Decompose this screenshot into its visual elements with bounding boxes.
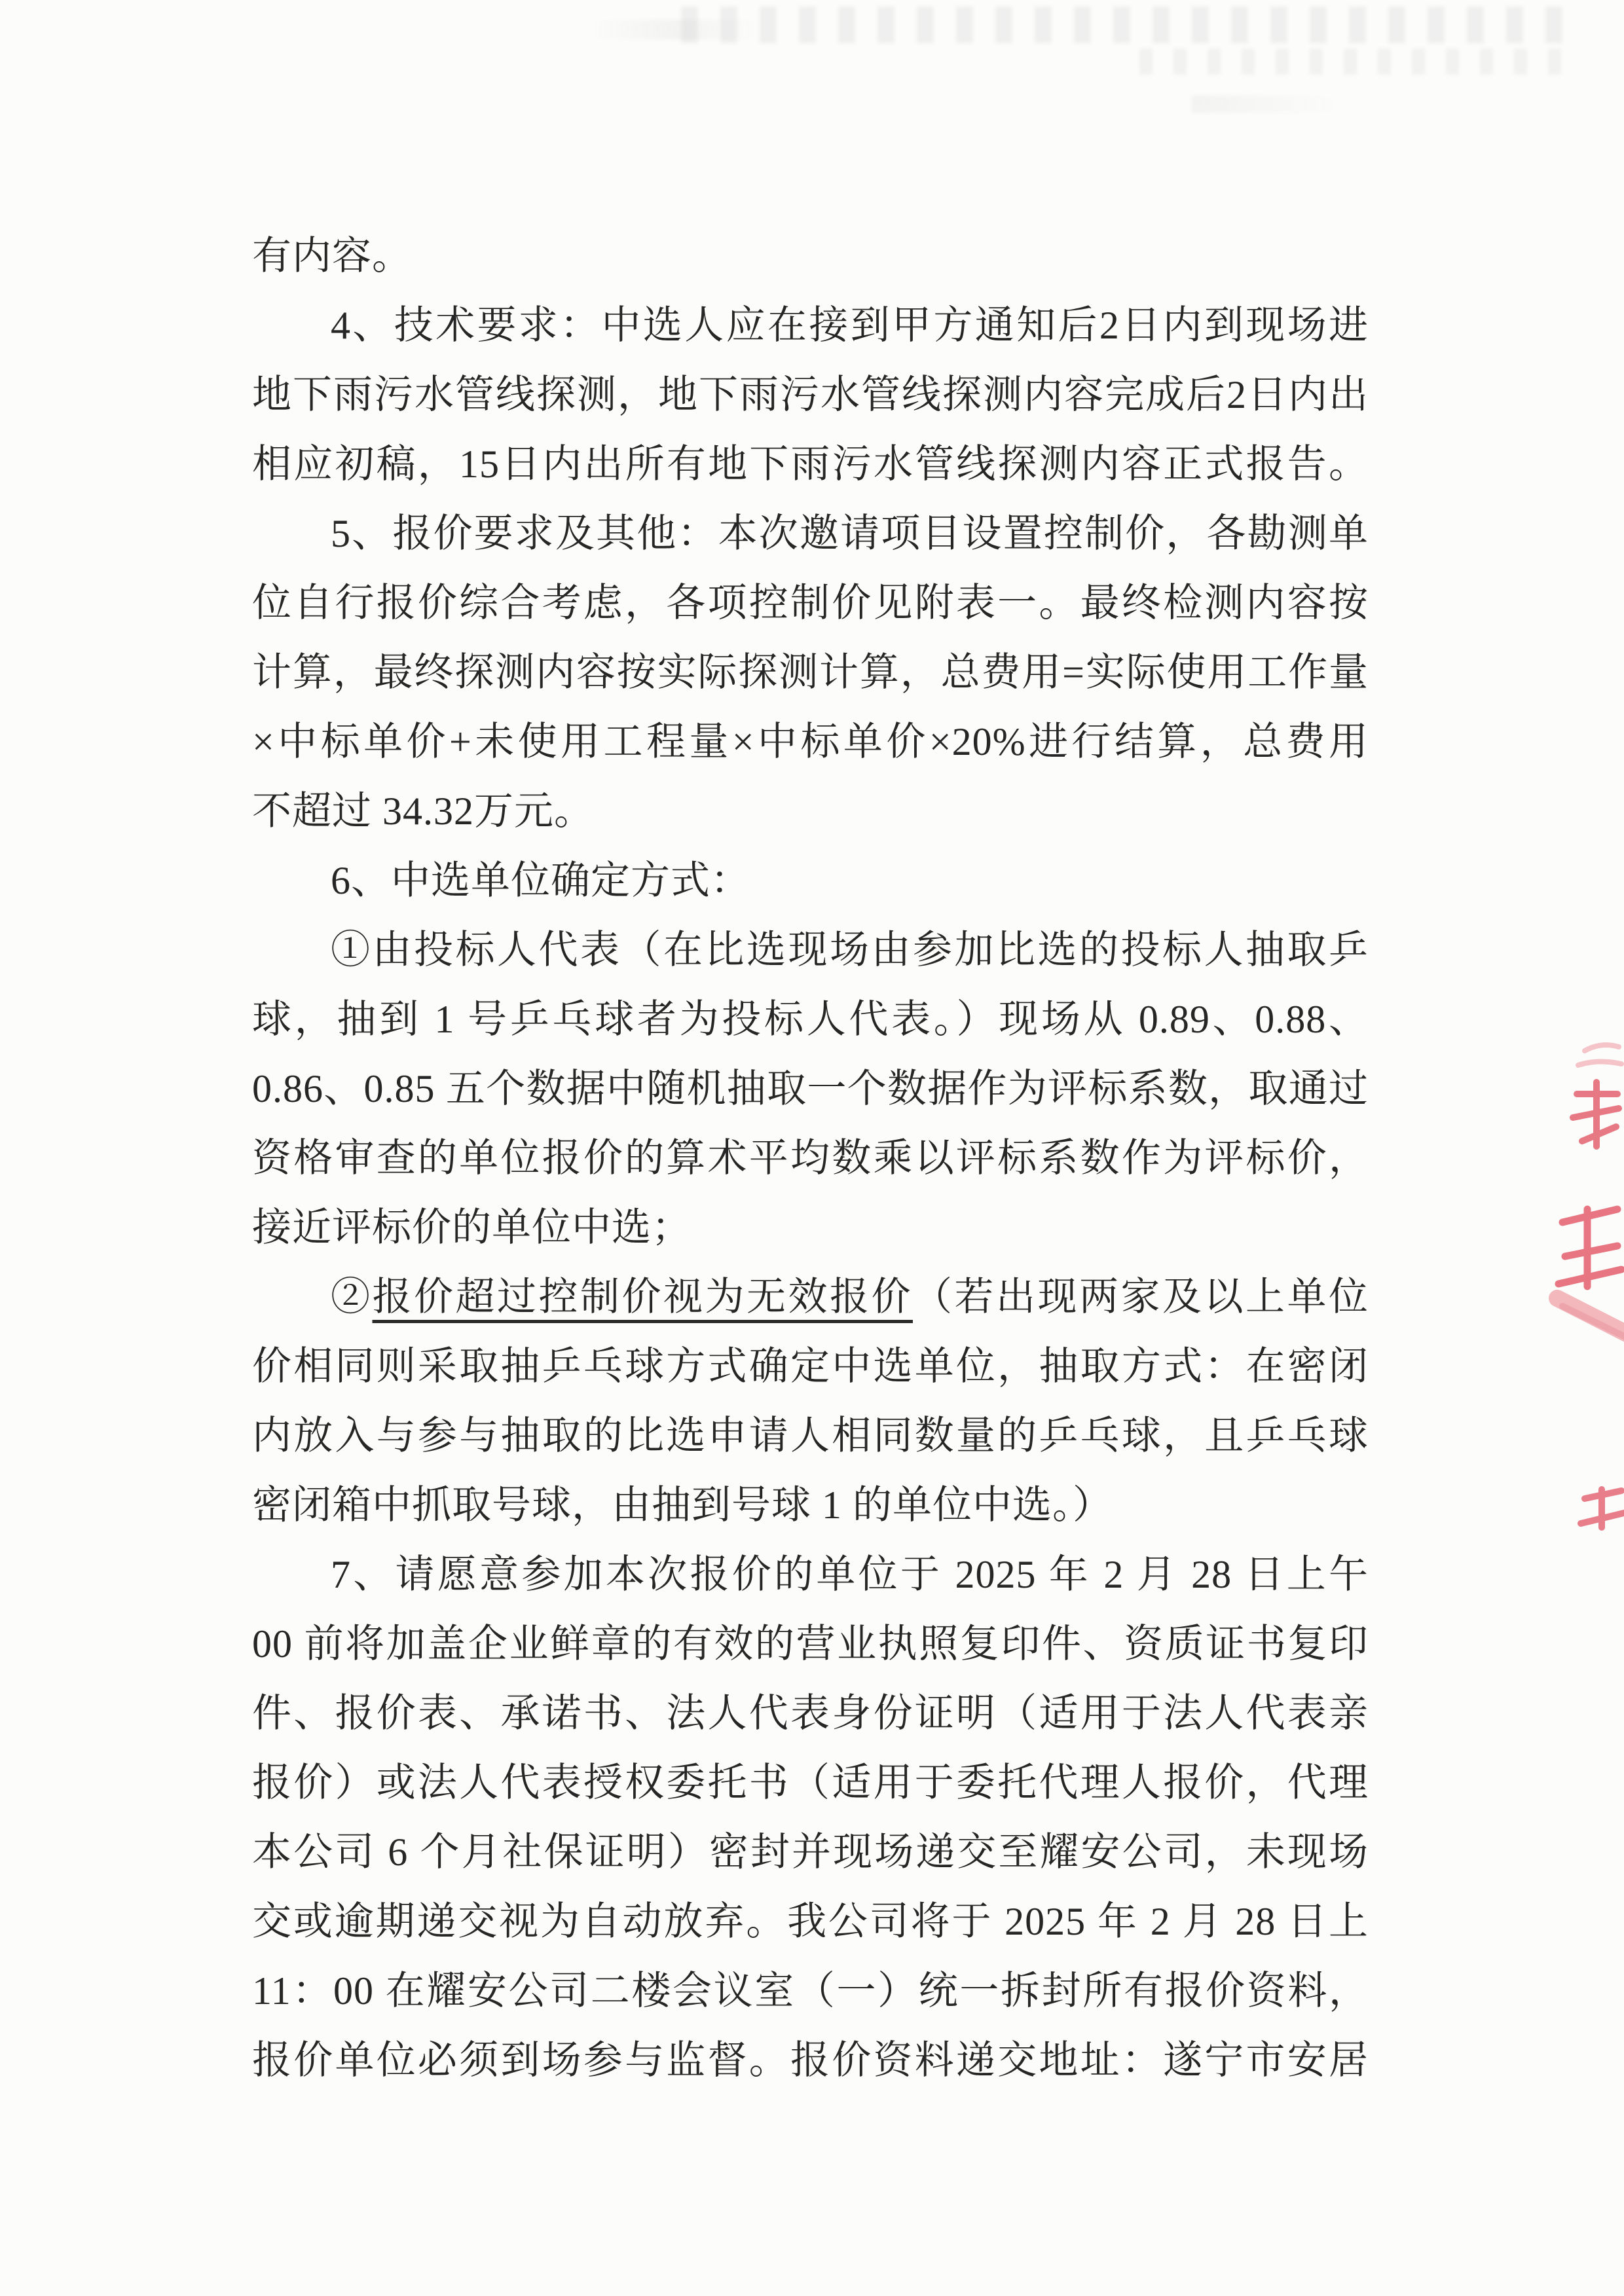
text-line: 0.86、0.85 五个数据中随机抽取一个数据作为评标系数，取通过 [252,1054,1369,1123]
text-line: ×中标单价+未使用工程量×中标单价×20%进行结算，总费用 [252,707,1369,776]
text-line: 价相同则采取抽乒乓球方式确定中选单位，抽取方式：在密闭箱 [252,1332,1369,1401]
text-line: 5、报价要求及其他：本次邀请项目设置控制价，各勘测单 [252,499,1369,568]
text-line: 密闭箱中抓取号球，由抽到号球 1 的单位中选。） [252,1470,1369,1540]
text-line: 不超过 34.32万元。 [252,776,1369,846]
scan-artifact [681,7,1585,43]
document-page: 有内容。 4、技术要求：中选人应在接到甲方通知后2日内到现场进行 地下雨污水管线… [0,0,1624,2296]
text-line: 接近评标价的单位中选； [252,1193,1369,1262]
text-line: 6、中选单位确定方式： [252,846,1369,915]
red-seal-stamp [1539,1031,1624,1542]
text-line: 球，抽到 1 号乒乓球者为投标人代表。）现场从 0.89、0.88、0.87、 [252,985,1369,1054]
text-line: 计算，最终探测内容按实际探测计算，总费用=实际使用工作量 [252,638,1369,707]
text-line: 报价单位必须到场参与监督。报价资料递交地址：遂宁市安居区 [252,2026,1369,2095]
text-line: 件、报价表、承诺书、法人代表身份证明（适用于法人代表亲自 [252,1679,1369,1748]
text-line: 00 前将加盖企业鲜章的有效的营业执照复印件、资质证书复印 [252,1609,1369,1679]
text-line: 资格审查的单位报价的算术平均数乘以评标系数作为评标价，最 [252,1123,1369,1193]
text-line: 有内容。 [252,221,1369,291]
text-line: 4、技术要求：中选人应在接到甲方通知后2日内到现场进行 [252,291,1369,360]
document-body: 有内容。 4、技术要求：中选人应在接到甲方通知后2日内到现场进行 地下雨污水管线… [252,221,1369,2095]
text-line: 位自行报价综合考虑，各项控制价见附表一。最终检测内容按实 [252,568,1369,638]
text-line: 本公司 6 个月社保证明）密封并现场递交至耀安公司，未现场递 [252,1817,1369,1887]
text-line: 内放入与参与抽取的比选申请人相同数量的乒乓球，且乒乓球在 [252,1401,1369,1470]
text-line: 报价）或法人代表授权委托书（适用于委托代理人报价，代理人 [252,1748,1369,1817]
text-line: 7、请愿意参加本次报价的单位于 2025 年 2 月 28 日上午 11： [252,1540,1369,1609]
text-line: ②报价超过控制价视为无效报价（若出现两家及以上单位报 [252,1262,1369,1332]
scan-artifact [1139,48,1572,75]
clause-marker: ② [331,1275,373,1319]
scan-artifact [589,20,760,39]
text-line: 11：00 在耀安公司二楼会议室（一）统一拆封所有报价资料， [252,1956,1369,2026]
text-line: 相应初稿，15日内出所有地下雨污水管线探测内容正式报告。 [252,429,1369,499]
underlined-text: 报价超过控制价视为无效报价 [373,1275,913,1319]
text-line: ①由投标人代表（在比选现场由参加比选的投标人抽取乒乓 [252,915,1369,985]
scan-artifact [1192,96,1342,113]
text-line: 交或逾期递交视为自动放弃。我公司将于 2025 年 2 月 28 日上午 [252,1887,1369,1956]
text-line: 地下雨污水管线探测，地下雨污水管线探测内容完成后2日内出 [252,360,1369,429]
